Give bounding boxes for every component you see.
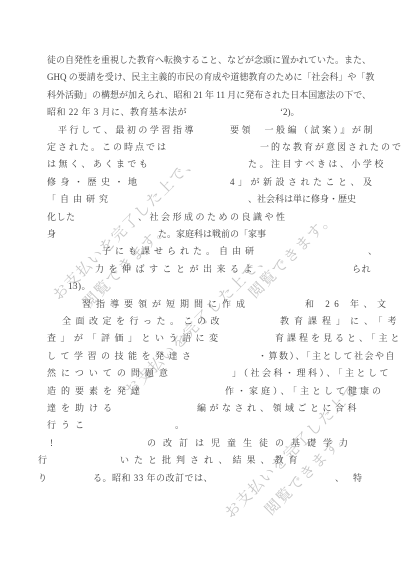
text-fragment: 科外活動」の構想が加えられ、昭和 21 年 11 月に発布された日本国憲法の下で… — [47, 90, 371, 101]
text-fragment: 全面改定を行った。この改 — [62, 316, 224, 327]
text-fragment: ‘2)。 — [280, 107, 300, 118]
text-fragment: 修身・歴史・地 — [47, 177, 142, 188]
text-fragment: 達を助ける — [47, 403, 117, 414]
text-fragment: 育課程を見ると、「主と — [275, 333, 403, 344]
text-fragment: 力を伸ばすことが出来るよ — [95, 264, 257, 275]
text-fragment: 作・家庭）、「主として健康の — [225, 386, 384, 397]
text-fragment: 徒の自発性を重視した教育へ転換すること、などが念頭に置かれていた。また、 — [47, 55, 371, 66]
text-fragment: ・算数）、「主として社会や自 — [258, 351, 396, 362]
text-fragment: た。注目すべきは、小学校 — [248, 159, 386, 170]
text-fragment: 編がなされ、領域ごとに合科 — [197, 403, 360, 414]
text-fragment: 4」が新設されたこと、及 — [230, 177, 376, 188]
text-fragment: 教育課程」に、「考 — [280, 316, 402, 327]
text-fragment: り — [38, 473, 47, 484]
text-fragment: の改訂は児童生徒の基礎学力 — [147, 438, 355, 449]
text-fragment: る。昭和 33 年の改訂では、 — [93, 473, 213, 484]
text-fragment: 、特 — [335, 473, 371, 484]
text-fragment: 造的要素を発達 — [47, 386, 145, 397]
document-page: お支払いを完了した上で、閲覧できます。お支払いを完了した上で、閲覧できます。お支… — [0, 0, 410, 580]
text-fragment: 、 — [368, 246, 377, 257]
document-text: 徒の自発性を重視した教育へ転換すること、などが念頭に置かれていた。また、GHQ … — [0, 0, 410, 580]
text-fragment: ! — [50, 438, 53, 449]
text-fragment: 身 — [47, 229, 56, 240]
text-fragment: して学習の技能を発達さ — [47, 351, 196, 362]
text-fragment: 習指導要領が短期間に作成 — [82, 299, 250, 310]
text-fragment: た。家庭科は戦前の「家事 — [158, 229, 266, 240]
text-fragment: 。 — [175, 420, 184, 431]
text-fragment: いたと批判され、結果、教育 — [120, 455, 303, 466]
text-fragment: 然についての問題意 — [47, 368, 173, 379]
text-fragment: 13)。 — [68, 281, 91, 292]
text-fragment: 査」が「評価」という語に変 — [47, 333, 223, 344]
text-fragment: 、社会科は単に修身・歴史 — [248, 194, 356, 205]
text-fragment: 行 — [38, 455, 47, 466]
text-fragment: られ — [352, 264, 371, 275]
text-fragment: 「自由研究 — [47, 194, 112, 205]
text-fragment: 一的な教育が意図されたので — [260, 142, 403, 153]
text-fragment: 子にも課せられた。自由研 — [102, 246, 258, 257]
text-fragment: 行うこ — [47, 420, 89, 431]
text-fragment: GHQ の要請を受け、民主主義的市民の育成や道徳教育のために「社会科」や「教 — [47, 72, 374, 83]
text-fragment: 定された。この時点では — [47, 142, 168, 153]
text-fragment: 、社会形成のための良識や性 — [138, 212, 288, 223]
text-fragment: 和 26 年、文 — [305, 299, 391, 310]
text-fragment: 平行して、最初の学習指導 — [58, 125, 196, 136]
text-fragment: は無く、あくまでも — [47, 159, 150, 170]
text-fragment: 要領 一般編（試案）』が制 — [230, 125, 375, 136]
text-fragment: 昭和 22 年 3 月に、教育基本法が — [47, 107, 187, 118]
text-fragment: 化した — [47, 212, 76, 223]
text-fragment: 」（社会科・理科）、「主として — [232, 368, 391, 379]
